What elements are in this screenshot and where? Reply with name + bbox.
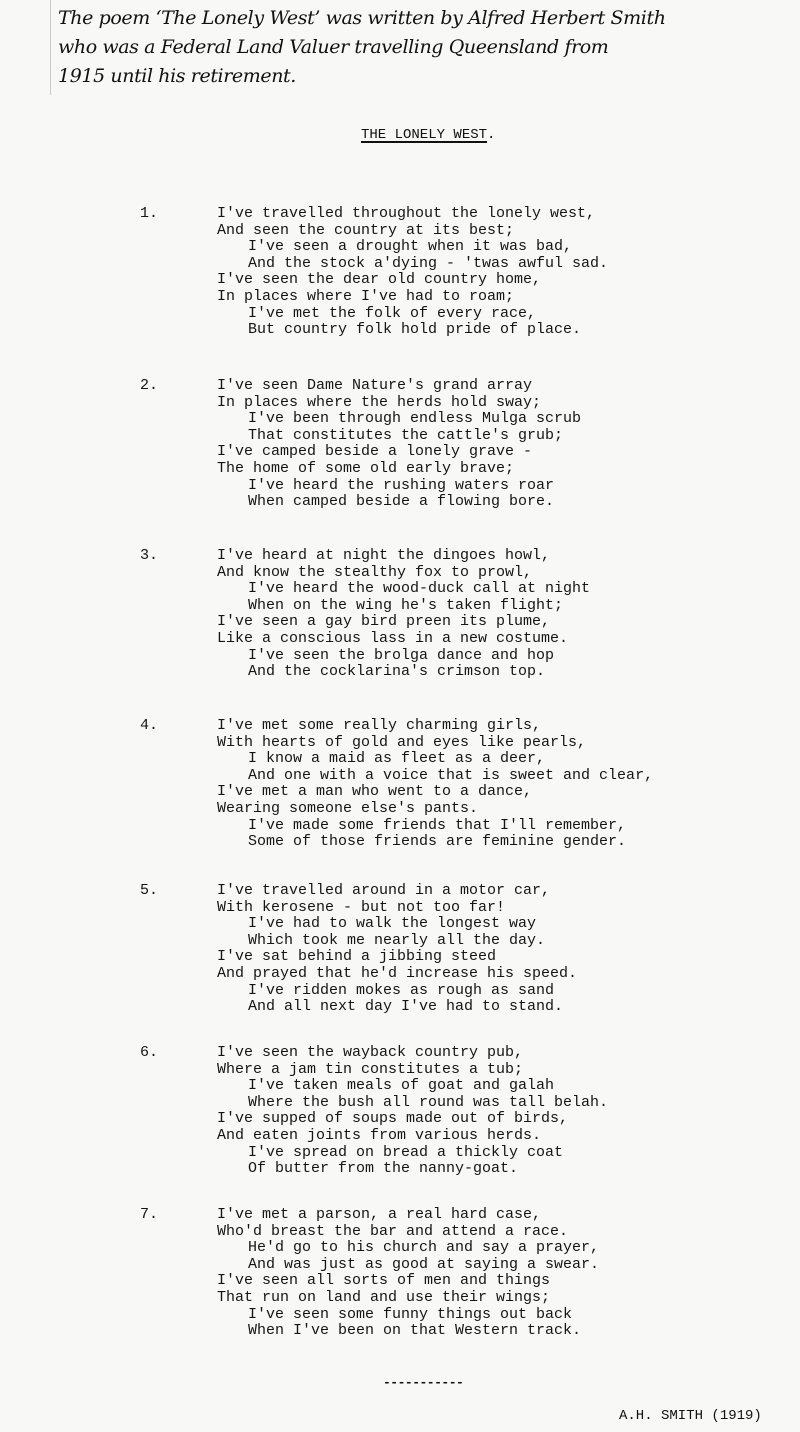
verse-line: Wearing someone else's pants. <box>217 801 653 818</box>
stanza-number: 2. <box>140 378 158 395</box>
verse-line: But country folk hold pride of place. <box>217 322 608 339</box>
stanza-number: 7. <box>140 1207 158 1224</box>
verse-line: With kerosene - but not too far! <box>217 900 577 917</box>
stanza-lines: I've heard at night the dingoes howl,And… <box>217 548 590 681</box>
verse-line: I've supped of soups made out of birds, <box>217 1111 608 1128</box>
verse-line: He'd go to his church and say a prayer, <box>217 1240 599 1257</box>
verse-line: And eaten joints from various herds. <box>217 1128 608 1145</box>
verse-line: The home of some old early brave; <box>217 461 581 478</box>
intro-line: who was a Federal Land Valuer travelling… <box>58 33 798 62</box>
verse-line: When on the wing he's taken flight; <box>217 598 590 615</box>
verse-line: And prayed that he'd increase his speed. <box>217 966 577 983</box>
stanza-lines: I've met a parson, a real hard case,Who'… <box>217 1207 599 1340</box>
verse-line: I've met some really charming girls, <box>217 718 653 735</box>
verse-line: With hearts of gold and eyes like pearls… <box>217 735 653 752</box>
verse-line: I've spread on bread a thickly coat <box>217 1145 608 1162</box>
document-page: The poem ‘The Lonely West’ was written b… <box>0 0 800 1432</box>
stanza-number: 3. <box>140 548 158 565</box>
stanza-lines: I've met some really charming girls,With… <box>217 718 653 851</box>
verse-line: I know a maid as fleet as a deer, <box>217 751 653 768</box>
verse-line: In places where I've had to roam; <box>217 289 608 306</box>
stanza-lines: I've seen Dame Nature's grand arrayIn pl… <box>217 378 581 511</box>
poem-title-period: . <box>487 127 495 143</box>
verse-line: Where the bush all round was tall belah. <box>217 1095 608 1112</box>
verse-line: I've met a parson, a real hard case, <box>217 1207 599 1224</box>
verse-line: I've seen the brolga dance and hop <box>217 648 590 665</box>
poem-title-text: THE LONELY WEST <box>361 127 487 143</box>
verse-line: When camped beside a flowing bore. <box>217 494 581 511</box>
verse-line: I've heard the rushing waters roar <box>217 478 581 495</box>
verse-line: That run on land and use their wings; <box>217 1290 599 1307</box>
verse-line: I've seen the wayback country pub, <box>217 1045 608 1062</box>
verse-line: I've made some friends that I'll remembe… <box>217 818 653 835</box>
verse-line: And the stock a'dying - 'twas awful sad. <box>217 256 608 273</box>
verse-line: I've met the folk of every race, <box>217 306 608 323</box>
stanza-number: 6. <box>140 1045 158 1062</box>
verse-line: I've seen all sorts of men and things <box>217 1273 599 1290</box>
verse-line: I've seen a drought when it was bad, <box>217 239 608 256</box>
verse-line: Who'd breast the bar and attend a race. <box>217 1224 599 1241</box>
verse-line: Like a conscious lass in a new costume. <box>217 631 590 648</box>
margin-rule <box>50 0 51 95</box>
verse-line: I've taken meals of goat and galah <box>217 1078 608 1095</box>
intro-line: The poem ‘The Lonely West’ was written b… <box>58 4 798 33</box>
verse-line: I've been through endless Mulga scrub <box>217 411 581 428</box>
verse-line: I've travelled around in a motor car, <box>217 883 577 900</box>
verse-line: And know the stealthy fox to prowl, <box>217 565 590 582</box>
intro-line: 1915 until his retirement. <box>58 62 798 91</box>
verse-line: I've had to walk the longest way <box>217 916 577 933</box>
end-divider: ----------- <box>383 1375 463 1390</box>
stanza-lines: I've travelled around in a motor car,Wit… <box>217 883 577 1016</box>
stanza-number: 5. <box>140 883 158 900</box>
verse-line: And was just as good at saying a swear. <box>217 1257 599 1274</box>
poem-title: THE LONELY WEST. <box>361 126 495 144</box>
verse-line: I've sat behind a jibbing steed <box>217 949 577 966</box>
verse-line: Where a jam tin constitutes a tub; <box>217 1062 608 1079</box>
verse-line: That constitutes the cattle's grub; <box>217 428 581 445</box>
stanza-lines: I've travelled throughout the lonely wes… <box>217 206 608 339</box>
verse-line: And one with a voice that is sweet and c… <box>217 768 653 785</box>
verse-line: I've seen a gay bird preen its plume, <box>217 614 590 631</box>
verse-line: I've seen some funny things out back <box>217 1307 599 1324</box>
verse-line: Some of those friends are feminine gende… <box>217 834 653 851</box>
stanza-lines: I've seen the wayback country pub,Where … <box>217 1045 608 1178</box>
verse-line: I've heard at night the dingoes howl, <box>217 548 590 565</box>
verse-line: I've seen the dear old country home, <box>217 272 608 289</box>
verse-line: Which took me nearly all the day. <box>217 933 577 950</box>
verse-line: And seen the country at its best; <box>217 223 608 240</box>
verse-line: Of butter from the nanny-goat. <box>217 1161 608 1178</box>
verse-line: I've travelled throughout the lonely wes… <box>217 206 608 223</box>
verse-line: I've ridden mokes as rough as sand <box>217 983 577 1000</box>
stanza-number: 1. <box>140 206 158 223</box>
stanza-number: 4. <box>140 718 158 735</box>
author-signature: A.H. SMITH (1919) <box>619 1408 762 1424</box>
intro-note: The poem ‘The Lonely West’ was written b… <box>58 4 798 91</box>
verse-line: I've camped beside a lonely grave - <box>217 444 581 461</box>
verse-line: And all next day I've had to stand. <box>217 999 577 1016</box>
verse-line: And the cocklarina's crimson top. <box>217 664 590 681</box>
verse-line: I've seen Dame Nature's grand array <box>217 378 581 395</box>
verse-line: I've met a man who went to a dance, <box>217 784 653 801</box>
verse-line: I've heard the wood-duck call at night <box>217 581 590 598</box>
verse-line: In places where the herds hold sway; <box>217 395 581 412</box>
verse-line: When I've been on that Western track. <box>217 1323 599 1340</box>
